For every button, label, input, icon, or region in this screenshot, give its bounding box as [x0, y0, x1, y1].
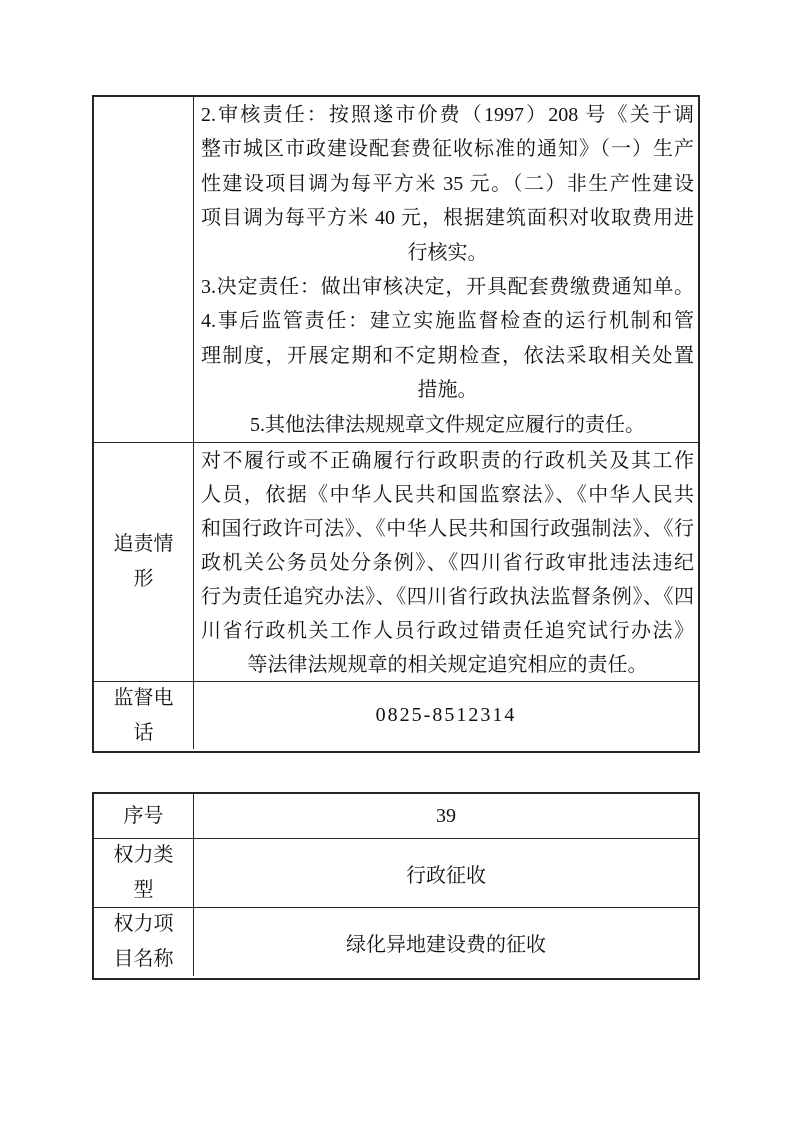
accountability-label: 追责情形 — [111, 527, 177, 597]
duty-line: 项目调为每平方米 40 元，根据建筑面积对收取费用进 — [201, 201, 694, 235]
power-type-row: 权力类型 行政征收 — [94, 838, 698, 907]
duty-line: 3.决定责任：做出审核决定，开具配套费缴费通知单。 — [201, 270, 694, 304]
power-item-name-label-cell: 权力项目名称 — [94, 908, 194, 976]
power-item-name-value: 绿化异地建设费的征收 — [194, 908, 698, 976]
accountability-line: 等法律法规规章的相关规定追究相应的责任。 — [201, 648, 694, 681]
power-item-name-label: 权力项目名称 — [111, 907, 177, 976]
duty-line: 理制度，开展定期和不定期检查，依法采取相关处置 — [201, 339, 694, 373]
accountability-line: 和国行政许可法》、《中华人民共和国行政强制法》、《行 — [201, 512, 694, 546]
duty-line: 5.其他法律法规规章文件规定应履行的责任。 — [201, 408, 694, 442]
accountability-row: 追责情形 对不履行或不正确履行行政职责的行政机关及其工作 人员，依据《中华人民共… — [94, 442, 698, 681]
sequence-number-label: 序号 — [111, 799, 177, 834]
document-page: 2.审核责任：按照遂市价费（1997）208 号《关于调 整市城区市政建设配套费… — [0, 0, 793, 1122]
power-item-table: 序号 39 权力类型 行政征收 权力项目名称 绿化异地建设费的征收 — [92, 792, 700, 980]
supervision-phone-label: 监督电话 — [111, 681, 177, 749]
sequence-number-row: 序号 39 — [94, 794, 698, 838]
accountability-line: 川省行政机关工作人员行政过错责任追究试行办法》 — [201, 614, 694, 648]
accountability-line: 人员，依据《中华人民共和国监察法》、《中华人民共 — [201, 478, 694, 512]
supervision-phone-label-cell: 监督电话 — [94, 682, 194, 749]
sequence-number-value: 39 — [194, 794, 698, 838]
responsibility-table: 2.审核责任：按照遂市价费（1997）208 号《关于调 整市城区市政建设配套费… — [92, 95, 700, 753]
duty-line: 整市城区市政建设配套费征收标准的通知》（一）生产 — [201, 132, 694, 166]
accountability-label-cell: 追责情形 — [94, 443, 194, 681]
sequence-number-label-cell: 序号 — [94, 794, 194, 838]
power-type-label: 权力类型 — [111, 838, 177, 907]
supervision-phone-value: 0825-8512314 — [194, 682, 698, 749]
power-type-value: 行政征收 — [194, 839, 698, 907]
duty-line: 性建设项目调为每平方米 35 元。（二）非生产性建设 — [201, 167, 694, 201]
accountability-text-cell: 对不履行或不正确履行行政职责的行政机关及其工作 人员，依据《中华人民共和国监察法… — [194, 443, 698, 681]
power-item-name-row: 权力项目名称 绿化异地建设费的征收 — [94, 907, 698, 976]
duty-row-text-cell: 2.审核责任：按照遂市价费（1997）208 号《关于调 整市城区市政建设配套费… — [194, 97, 698, 442]
duty-row: 2.审核责任：按照遂市价费（1997）208 号《关于调 整市城区市政建设配套费… — [94, 97, 698, 442]
supervision-phone-row: 监督电话 0825-8512314 — [94, 681, 698, 749]
accountability-line: 对不履行或不正确履行行政职责的行政机关及其工作 — [201, 444, 694, 478]
duty-line: 行核实。 — [201, 236, 694, 270]
duty-line: 措施。 — [201, 373, 694, 407]
duty-line: 4.事后监管责任：建立实施监督检查的运行机制和管 — [201, 304, 694, 338]
duty-line: 2.审核责任：按照遂市价费（1997）208 号《关于调 — [201, 98, 694, 132]
accountability-line: 政机关公务员处分条例》、《四川省行政审批违法违纪 — [201, 546, 694, 580]
power-type-label-cell: 权力类型 — [94, 839, 194, 907]
accountability-line: 行为责任追究办法》、《四川省行政执法监督条例》、《四 — [201, 580, 694, 614]
duty-row-label-cell — [94, 97, 194, 442]
